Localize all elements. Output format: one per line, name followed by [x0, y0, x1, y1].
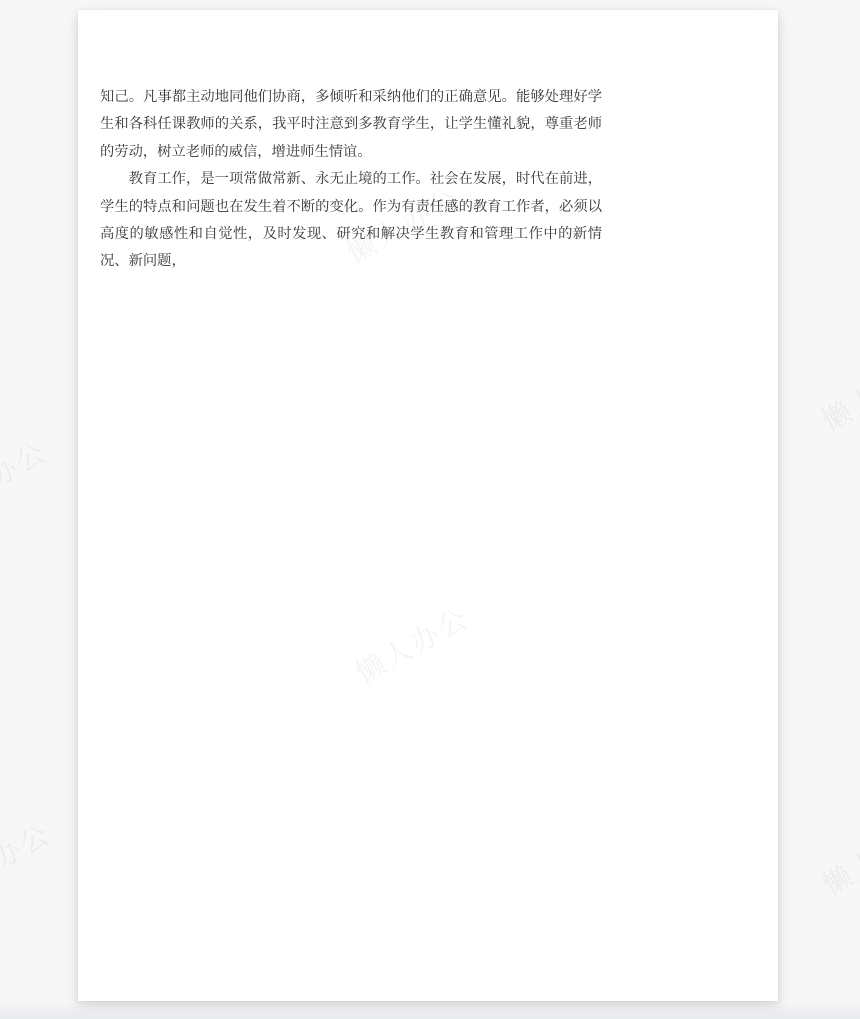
viewport-bottom-shadow — [0, 1001, 860, 1019]
document-viewer-background: { "document": { "paragraphs": [ "知己。凡事都主… — [0, 0, 860, 1019]
document-text-block: 知己。凡事都主动地同他们协商，多倾听和采纳他们的正确意见。能够处理好学生和各科任… — [100, 84, 602, 276]
paragraph: 知己。凡事都主动地同他们协商，多倾听和采纳他们的正确意见。能够处理好学生和各科任… — [100, 84, 602, 166]
watermark-text: 懒人办公 — [0, 812, 58, 907]
watermark-text: 懒人办公 — [814, 344, 860, 439]
watermark-text: 懒人办公 — [0, 430, 54, 525]
paragraph: 教育工作，是一项常做常新、永无止境的工作。社会在发展，时代在前进，学生的特点和问… — [100, 166, 602, 276]
watermark-text: 懒人办公 — [815, 808, 860, 903]
